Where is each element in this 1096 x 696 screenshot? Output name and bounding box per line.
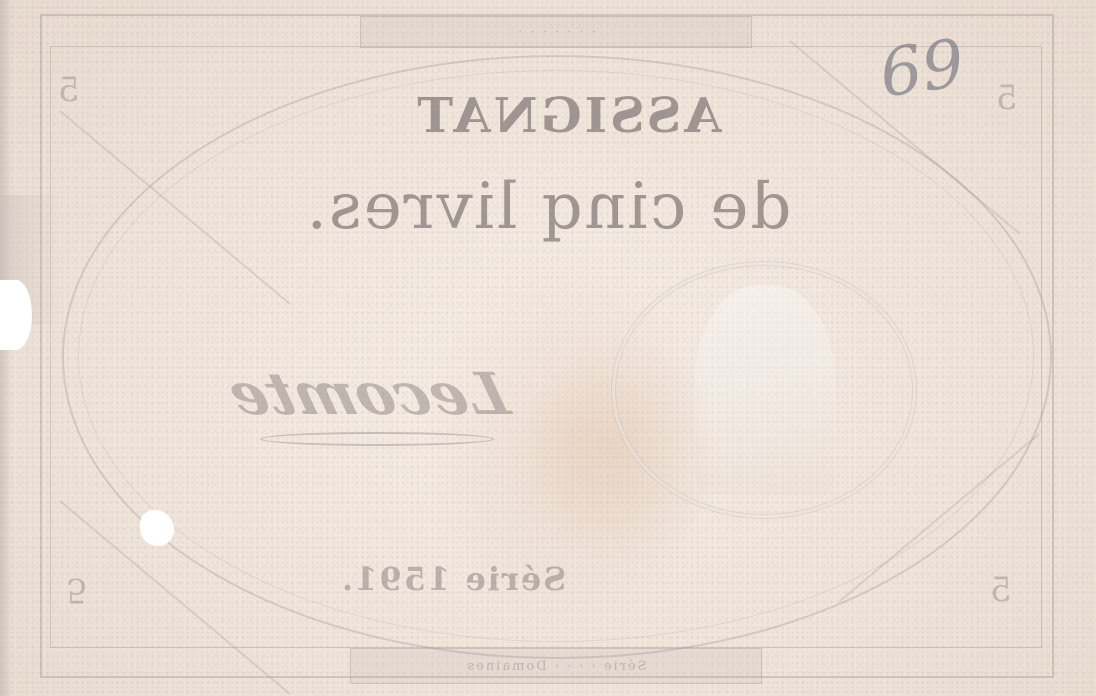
seal-figure [695,285,835,495]
corner-mark: 5 [66,570,88,610]
paper-hole [140,510,174,546]
paper-hole [0,280,32,350]
dry-seal-emboss [612,262,916,518]
corner-mark: 5 [58,70,80,110]
signature-text: Lecomte [221,360,516,428]
top-border-band: · · · · · · · [360,16,752,48]
serie-number: Série 1591. [340,560,566,598]
title-denomination: de cinq livres. [0,170,1096,244]
banknote-scan: · · · · · · · Série · · · · Domaines ASS… [0,0,1096,696]
handwritten-number: 69 [875,25,969,113]
corner-mark: 5 [990,570,1012,610]
top-band-text: · · · · · · · [361,17,751,47]
corner-mark: 5 [996,78,1018,118]
signature-flourish [260,432,494,446]
signature: Lecomte [210,360,500,460]
